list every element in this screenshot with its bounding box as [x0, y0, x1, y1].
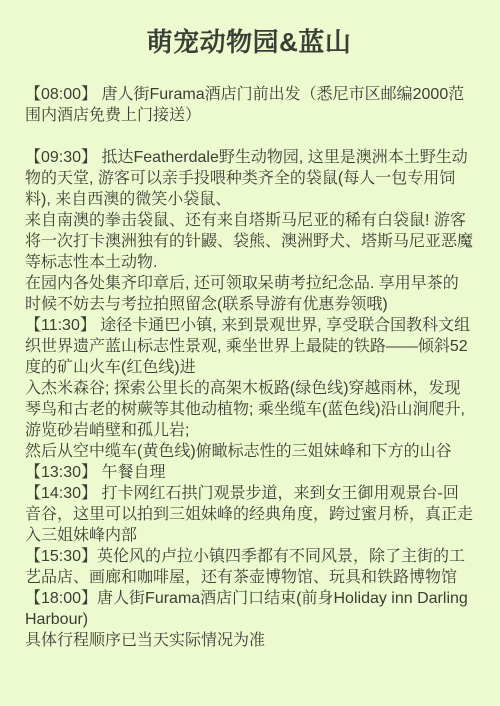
itinerary-item-0800: 【08:00】 唐人街Furama酒店门前出发（悉尼市区邮编2000范围内酒店免… — [25, 84, 473, 126]
itinerary-page: 萌宠动物园&蓝山 【08:00】 唐人街Furama酒店门前出发（悉尼市区邮编2… — [0, 0, 500, 706]
itinerary-item-1800: 【18:00】唐人街Furama酒店门口结束(前身Holiday inn Dar… — [25, 588, 473, 630]
itinerary-item-1130: 【11:30】 途径卡通巴小镇, 来到景观世界, 享受联合国教科文组织世界遗产蓝… — [25, 315, 473, 462]
page-title: 萌宠动物园&蓝山 — [25, 26, 473, 58]
item-description: 抵达Featherdale野生动物园, 这里是澳洲本土野生动物的天堂, 游客可以… — [25, 149, 473, 313]
time-label: 【11:30】 — [25, 317, 96, 334]
time-label: 【13:30】 — [25, 464, 97, 481]
item-description: 午餐自理 — [97, 464, 165, 481]
footer-note: 具体行程顺序已当天实际情况为准 — [25, 630, 473, 651]
time-label: 【14:30】 — [25, 485, 97, 502]
itinerary-item-1330: 【13:30】 午餐自理 — [25, 462, 473, 483]
time-label: 【15:30】 — [25, 548, 97, 565]
itinerary-item-0930: 【09:30】 抵达Featherdale野生动物园, 这里是澳洲本土野生动物的… — [25, 147, 473, 315]
time-label: 【08:00】 — [25, 86, 97, 103]
item-description: 途径卡通巴小镇, 来到景观世界, 享受联合国教科文组织世界遗产蓝山标志性景观, … — [25, 317, 470, 460]
time-label: 【18:00】 — [25, 590, 97, 607]
itinerary-item-1530: 【15:30】英伦风的卢拉小镇四季都有不同风景，除了主街的工艺品店、画廊和咖啡屋… — [25, 546, 473, 588]
itinerary-item-1430: 【14:30】 打卡网红石拱门观景步道，来到女王御用观景台-回音谷，这里可以拍到… — [25, 483, 473, 546]
time-label: 【09:30】 — [25, 149, 97, 166]
